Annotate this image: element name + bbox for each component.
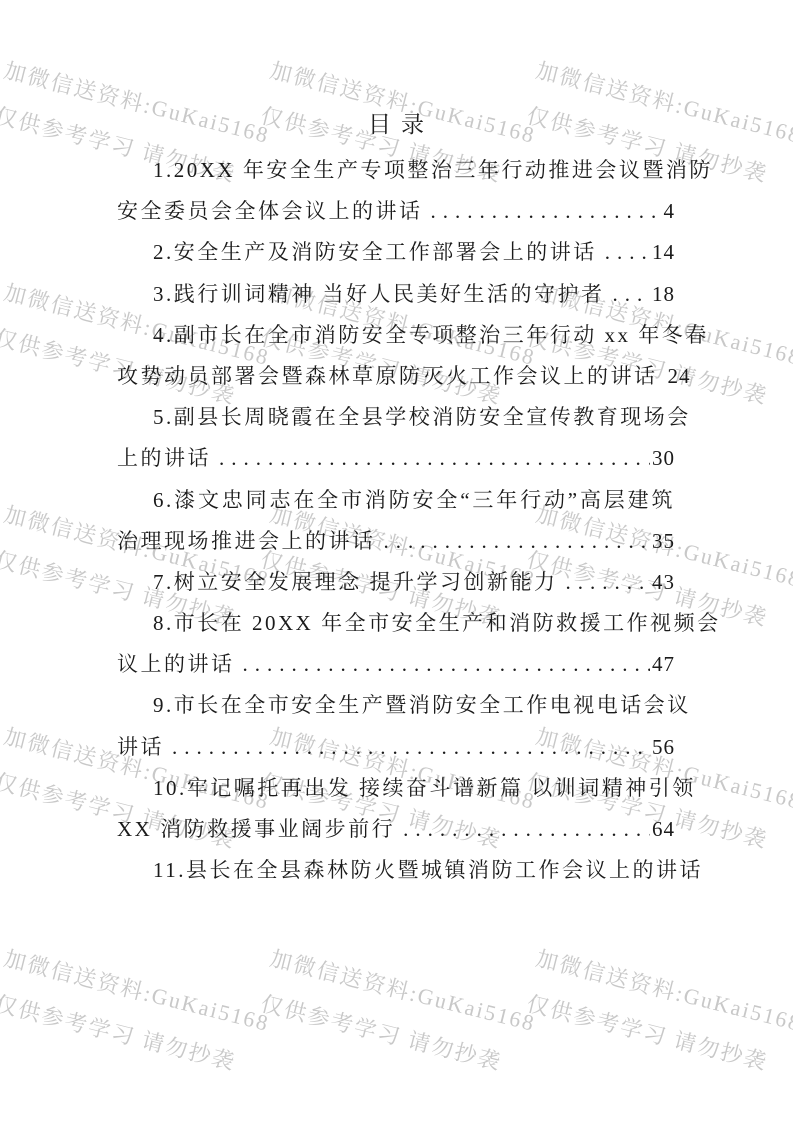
toc-line: 议上的讲话...................................… [117,644,675,685]
toc-entry-text: 议上的讲话 [117,644,235,685]
toc-line: 5.副县长周晓霞在全县学校消防安全宣传教育现场会 [117,397,675,438]
toc-line: 7.树立安全发展理念 提升学习创新能力.....................… [117,562,675,603]
toc-line: 上的讲话....................................… [117,438,675,479]
toc-line: 6.漆文忠同志在全市消防安全“三年行动”高层建筑 [117,480,675,521]
watermark-line1: 加微信送资料:GuKai5168 [531,936,793,1047]
toc-dot-leader: ........................................… [172,727,650,768]
toc-line: XX 消防救援事业阔步前行...........................… [117,809,675,850]
toc-line: 讲话......................................… [117,727,675,768]
toc-page-number: 30 [652,438,675,479]
watermark-line2: 仅供参考学习 请勿抄袭 [254,981,530,1092]
document-content: 目录 1.20XX 年安全生产专项整治三年行动推进会议暨消防安全委员会全体会议上… [117,104,675,891]
toc-page-number: 56 [652,727,675,768]
toc-dot-leader: ........................................… [431,191,662,232]
toc-entry-text: 2.安全生产及消防安全工作部署会上的讲话 [153,232,597,273]
toc-entry-text: XX 消防救援事业阔步前行 [117,809,395,850]
toc-line: 11.县长在全县森林防火暨城镇消防工作会议上的讲话 [117,850,675,891]
toc-line: 攻势动员部署会暨森林草原防灭火工作会议上的讲话.................… [117,356,675,397]
toc-page-number: 18 [652,274,675,315]
toc-entry-text: 讲话 [117,727,164,768]
toc-line: 8.市长在 20XX 年全市安全生产和消防救援工作视频会 [117,603,675,644]
toc-dot-leader: ........................................… [243,644,651,685]
toc-page-number: 14 [652,232,675,273]
toc-dot-leader: ........................................… [613,274,651,315]
toc-line: 3.践行训词精神 当好人民美好生活的守护者...................… [117,274,675,315]
watermark-line2: 仅供参考学习 请勿抄袭 [520,981,793,1092]
toc-page-number: 47 [652,644,675,685]
watermark-line1: 加微信送资料:GuKai5168 [265,936,541,1047]
toc-dot-leader: ........................................… [566,562,651,603]
toc-page-number: 43 [652,562,675,603]
toc-entry-text: 上的讲话 [117,438,211,479]
document-page: 加微信送资料:GuKai5168仅供参考学习 请勿抄袭加微信送资料:GuKai5… [0,0,793,1122]
toc-page-number: 64 [652,809,675,850]
toc-entry-text: 3.践行训词精神 当好人民美好生活的守护者 [153,274,605,315]
toc-dot-leader: ........................................… [605,232,650,273]
toc-line: 治理现场推进会上的讲话.............................… [117,521,675,562]
toc-line: 2.安全生产及消防安全工作部署会上的讲话....................… [117,232,675,273]
toc-line: 1.20XX 年安全生产专项整治三年行动推进会议暨消防 [117,150,675,191]
toc-entry-text: 治理现场推进会上的讲话 [117,521,376,562]
toc-entry-text: 攻势动员部署会暨森林草原防灭火工作会议上的讲话 [117,356,658,397]
watermark-line2: 仅供参考学习 请勿抄袭 [0,981,264,1092]
toc-line: 安全委员会全体会议上的讲话...........................… [117,191,675,232]
toc-page-number: 35 [652,521,675,562]
toc-page-number: 4 [664,191,676,232]
toc-dot-leader: ........................................… [219,438,650,479]
watermark-tile: 加微信送资料:GuKai5168仅供参考学习 请勿抄袭 [254,936,541,1091]
toc-line: 9.市长在全市安全生产暨消防安全工作电视电话会议 [117,685,675,726]
watermark-line1: 加微信送资料:GuKai5168 [0,936,275,1047]
toc-entry-text: 安全委员会全体会议上的讲话 [117,191,423,232]
toc-entry-text: 7.树立安全发展理念 提升学习创新能力 [153,562,558,603]
toc-dot-leader: ........................................… [384,521,651,562]
toc-dot-leader: ........................................… [403,809,650,850]
document-title: 目录 [117,104,675,145]
watermark-tile: 加微信送资料:GuKai5168仅供参考学习 请勿抄袭 [520,936,793,1091]
toc-page-number: 24 [668,356,691,397]
watermark-tile: 加微信送资料:GuKai5168仅供参考学习 请勿抄袭 [0,936,275,1091]
toc-line: 4.副市长在全市消防安全专项整治三年行动 xx 年冬春 [117,315,675,356]
toc-list: 1.20XX 年安全生产专项整治三年行动推进会议暨消防安全委员会全体会议上的讲话… [117,150,675,891]
toc-line: 10.牢记嘱托再出发 接续奋斗谱新篇 以训词精神引领 [117,768,675,809]
